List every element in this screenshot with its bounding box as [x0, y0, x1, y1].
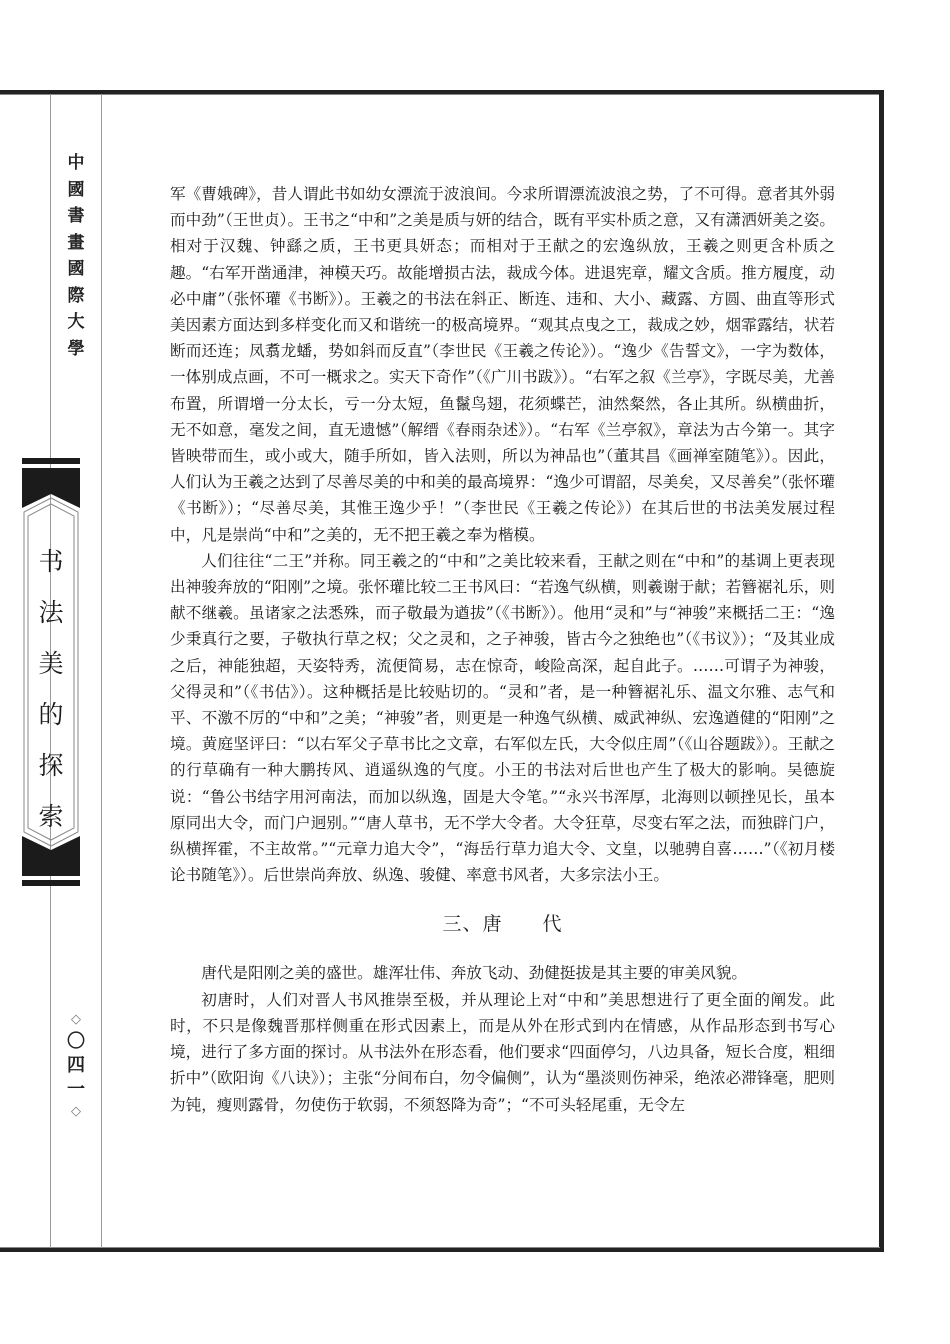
- paragraph-tang-intro: 唐代是阳刚之美的盛世。雄浑壮伟、奔放飞动、劲健挺拔是其主要的审美风貌。: [170, 960, 835, 986]
- page-frame-bottom-border: [0, 1248, 884, 1252]
- paragraph-wang-xizhi: 军《曹娥碑》，昔人谓此书如幼女漂流于波浪间。今求所谓漂流波浪之势，了不可得。意者…: [170, 181, 835, 548]
- university-char: 書: [50, 203, 102, 230]
- body-text: 军《曹娥碑》，昔人谓此书如幼女漂流于波浪间。今求所谓漂流波浪之势，了不可得。意者…: [170, 181, 835, 1118]
- book-title-banner: 书 法 美 的 探 索: [22, 458, 80, 886]
- book-title-char: 的: [22, 689, 80, 740]
- university-name-vertical: 中 國 書 畫 國 際 大 學: [50, 150, 102, 362]
- book-title-vertical: 书 法 美 的 探 索: [22, 536, 80, 842]
- university-char: 際: [50, 283, 102, 310]
- university-char: 國: [50, 256, 102, 283]
- page-number-digit: 四: [50, 1054, 102, 1078]
- diamond-icon: ◇: [50, 1102, 102, 1122]
- book-title-char: 索: [22, 791, 80, 842]
- section-heading-part: 三、唐: [442, 913, 502, 935]
- university-char: 大: [50, 309, 102, 336]
- page-frame-bottom-inner-line: [0, 1247, 880, 1248]
- page-frame-right-border: [879, 90, 884, 1252]
- section-heading-part: 代: [543, 913, 563, 935]
- book-title-char: 法: [22, 587, 80, 638]
- university-char: 學: [50, 336, 102, 363]
- university-char: 中: [50, 150, 102, 177]
- page-number-digit: 〇: [50, 1030, 102, 1054]
- book-title-char: 美: [22, 638, 80, 689]
- paragraph-two-wangs: 人们往往“二王”并称。同王羲之的“中和”之美比较来看，王献之则在“中和”的基调上…: [170, 548, 835, 889]
- page-frame-top-inner-line: [0, 94, 880, 95]
- page-number-digit: 一: [50, 1078, 102, 1102]
- paragraph-early-tang: 初唐时，人们对晋人书风推崇至极，并从理论上对“中和”美思想进行了更全面的阐发。此…: [170, 987, 835, 1118]
- book-title-char: 探: [22, 740, 80, 791]
- banner-bottom-bar: [22, 880, 80, 886]
- diamond-icon: ◇: [50, 1010, 102, 1030]
- section-heading: 三、唐代: [170, 910, 835, 938]
- book-title-char: 书: [22, 536, 80, 587]
- university-char: 國: [50, 177, 102, 204]
- university-char: 畫: [50, 230, 102, 257]
- page-number-vertical: ◇ 〇 四 一 ◇: [50, 1010, 102, 1122]
